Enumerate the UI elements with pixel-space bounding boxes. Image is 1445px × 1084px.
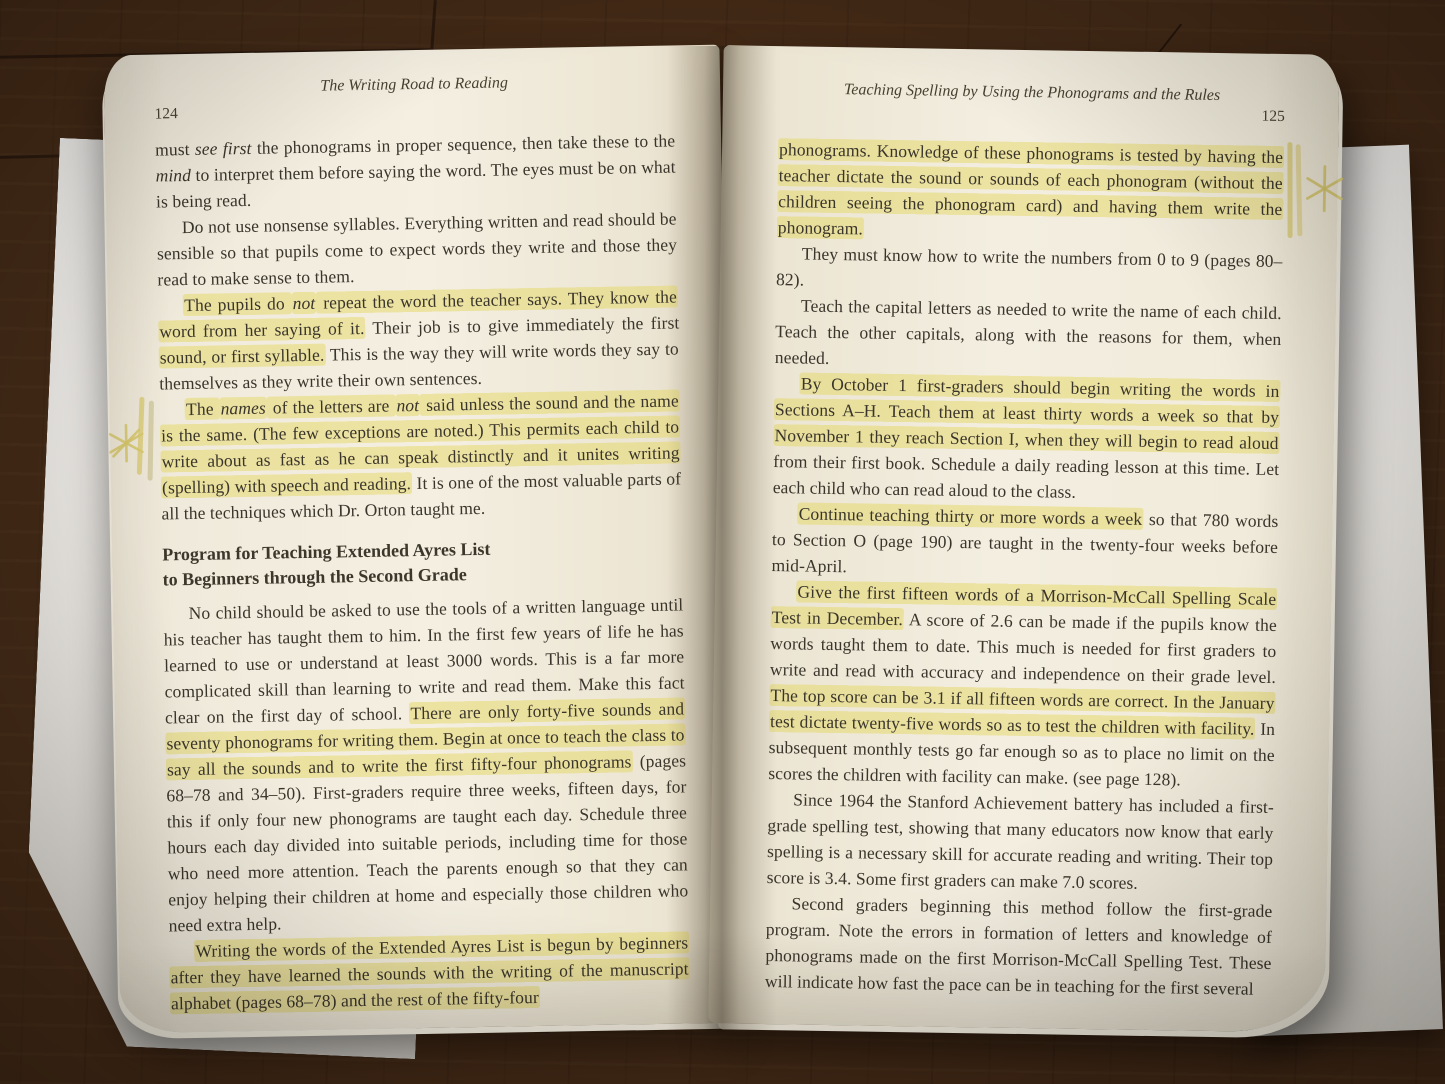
paragraph: Second graders beginning this method fol… — [765, 890, 1273, 1002]
highlighted-text: The top score can be 3.1 if all fifteen … — [769, 684, 1276, 740]
highlighted-text: The — [185, 397, 220, 420]
paragraph: By October 1 first-graders should begin … — [772, 370, 1280, 508]
paragraph: Give the first fifteen words of a Morris… — [768, 578, 1277, 794]
text-segment: see first — [195, 138, 252, 159]
paragraph: Since 1964 the Stanford Achievement batt… — [766, 786, 1274, 898]
highlighted-text: of the letters are — [267, 394, 396, 418]
paragraph: The names of the letters are not said un… — [159, 387, 681, 526]
text-segment: Their job is to give immediately the fir… — [365, 312, 679, 337]
paragraph: phonograms. Knowledge of these phonogram… — [777, 136, 1285, 248]
page-content-left: The Writing Road to Reading 124 must see… — [104, 45, 737, 1034]
text-segment: Teach the capital letters as needed to w… — [775, 295, 1282, 367]
text-segment: must — [155, 139, 195, 160]
paragraph: Teach the capital letters as needed to w… — [775, 292, 1282, 378]
page-number: 125 — [1261, 108, 1285, 126]
highlighted-text: phonograms. Knowledge of these phonogram… — [777, 138, 1285, 239]
highlighted-text: sound, or first syllable. — [159, 344, 326, 369]
text-segment: Since 1964 the Stanford Achievement batt… — [766, 789, 1274, 892]
text-blocks-left: must see first the phonograms in proper … — [155, 127, 690, 1016]
highlighted-text: not — [291, 292, 316, 314]
text-segment: the phonograms in proper sequence, then … — [251, 130, 675, 157]
page-header-left: The Writing Road to Reading 124 — [154, 71, 675, 136]
page-content-right: Teaching Spelling by Using the Phonogram… — [708, 45, 1339, 1033]
text-segment: from their first book. Schedule a daily … — [773, 451, 1280, 502]
paragraph: Continue teaching thirty or more words a… — [771, 500, 1278, 586]
text-segment: mind — [155, 165, 191, 186]
open-book: The Writing Road to Reading 124 must see… — [112, 50, 1332, 1028]
highlighted-text: not — [395, 394, 420, 416]
page-number: 124 — [154, 105, 178, 123]
highlighted-text: Continue teaching thirty or more words a… — [797, 502, 1143, 529]
highlighted-text: The pupils do — [183, 292, 292, 316]
paragraph: The pupils do not repeat the word the te… — [158, 283, 680, 396]
text-segment: Do not use nonsense syllables. Everythin… — [157, 208, 677, 289]
photo-of-open-book: { "scene": { "description": "Open book p… — [0, 0, 1445, 1084]
paragraph: No child should be asked to use the tool… — [163, 591, 689, 938]
section-heading: Program for Teaching Extended Ayres List… — [162, 533, 683, 592]
text-segment: They must know how to write the numbers … — [776, 243, 1283, 289]
highlighted-text: Writing the words of the Extended Ayres … — [169, 931, 689, 1014]
highlighted-text: names — [219, 397, 267, 420]
running-head: The Writing Road to Reading — [154, 71, 674, 98]
text-segment: Second graders beginning this method fol… — [765, 893, 1273, 998]
book-page-left: The Writing Road to Reading 124 must see… — [104, 45, 737, 1034]
running-head: Teaching Spelling by Using the Phonogram… — [779, 80, 1285, 106]
paragraph: must see first the phonograms in proper … — [155, 127, 676, 214]
paragraph: Writing the words of the Extended Ayres … — [169, 929, 690, 1016]
text-segment: to interpret them before saying the word… — [156, 156, 676, 211]
text-blocks-right: phonograms. Knowledge of these phonogram… — [765, 136, 1285, 1002]
paragraph: Do not use nonsense syllables. Everythin… — [156, 205, 677, 292]
highlighted-text: By October 1 first-graders should begin … — [773, 372, 1280, 454]
paragraph: They must know how to write the numbers … — [776, 240, 1283, 300]
page-header-right: Teaching Spelling by Using the Phonogram… — [778, 80, 1285, 144]
book-page-right: Teaching Spelling by Using the Phonogram… — [708, 45, 1339, 1033]
